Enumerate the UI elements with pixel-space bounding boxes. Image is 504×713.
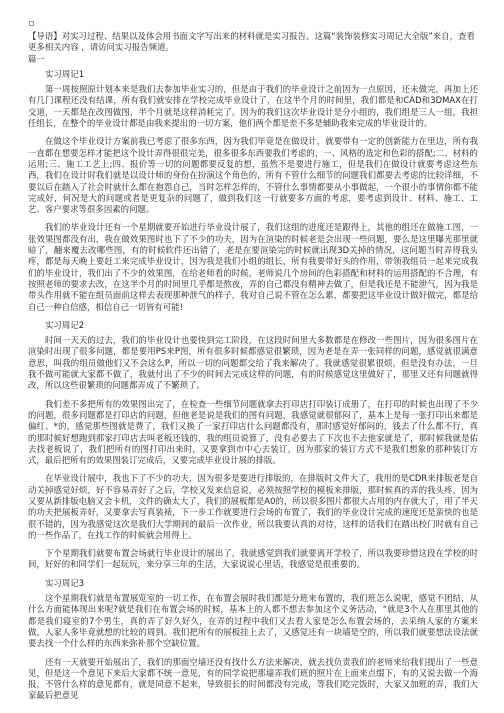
weekly-title: 实习周记2 [45, 320, 478, 331]
paragraph: 我们差不多把所有的效果图出完了，在检查一些细节问题就拿去打印店打印装订成册了，在… [28, 399, 478, 467]
document-page: 【导语】对实习过程、结果以及体会用书面文字写出来的材料就是实习报告。这篇“装饰装… [0, 0, 504, 713]
paragraph: 在做这个毕业设计方案前我已考虑了很多东西，因为我们毕竟是在做设计，就要带有一定的… [28, 136, 478, 215]
weekly-entry-3: 实习周记3 这个星期我们就是布置展览室的一切工作，在布置会展时我们都是分班来布置… [28, 578, 478, 702]
weekly-entry-2: 实习周记2 时间一天天的过去，我们的毕业设计也要快到完工阶段，在这段时间里大多数… [28, 320, 478, 571]
image-placeholder-icon [29, 21, 34, 26]
weekly-title: 实习周记3 [45, 578, 478, 589]
weekly-title: 实习周记1 [45, 69, 478, 80]
paragraph: 在毕业设计展中，我也下了不少的功夫，因为很多是要进行排版的，在排版时文件大了，我… [28, 473, 478, 541]
paragraph: 下个星期我们就要布置会场就行毕业设计的展出了，我就感觉到我们就要离开学校了，所以… [28, 548, 478, 571]
section-title: 篇一 [28, 54, 478, 65]
paragraph: 我们的毕业设计还有一个星期就要开始进行毕业设计展了，我们这组的进度还是跟得上，其… [28, 222, 478, 312]
paragraph: 第一周按照原计划本来是我们去参加毕业实习的，但是由于我们的毕业设计之前因为一点原… [28, 84, 478, 129]
lead-paragraph: 【导语】对实习过程、结果以及体会用书面文字写出来的材料就是实习报告。这篇“装饰装… [28, 31, 478, 54]
paragraph: 这个星期我们就是布置展览室的一切工作，在布置会展时我们都是分班来布置的，我们班怎… [28, 593, 478, 649]
article-body: 【导语】对实习过程、结果以及体会用书面文字写出来的材料就是实习报告。这篇“装饰装… [28, 31, 478, 709]
paragraph: 时间一天天的过去，我们的毕业设计也要快到完工阶段，在这段时间里大多数都是在修改一… [28, 335, 478, 391]
weekly-entry-1: 实习周记1 第一周按照原计划本来是我们去参加毕业实习的，但是由于我们的毕业设计之… [28, 69, 478, 313]
paragraph: 还有一天就要开始展出了，我们的那面空墙还没有找什么方法来解决，就去找负责我们的老… [28, 657, 478, 702]
